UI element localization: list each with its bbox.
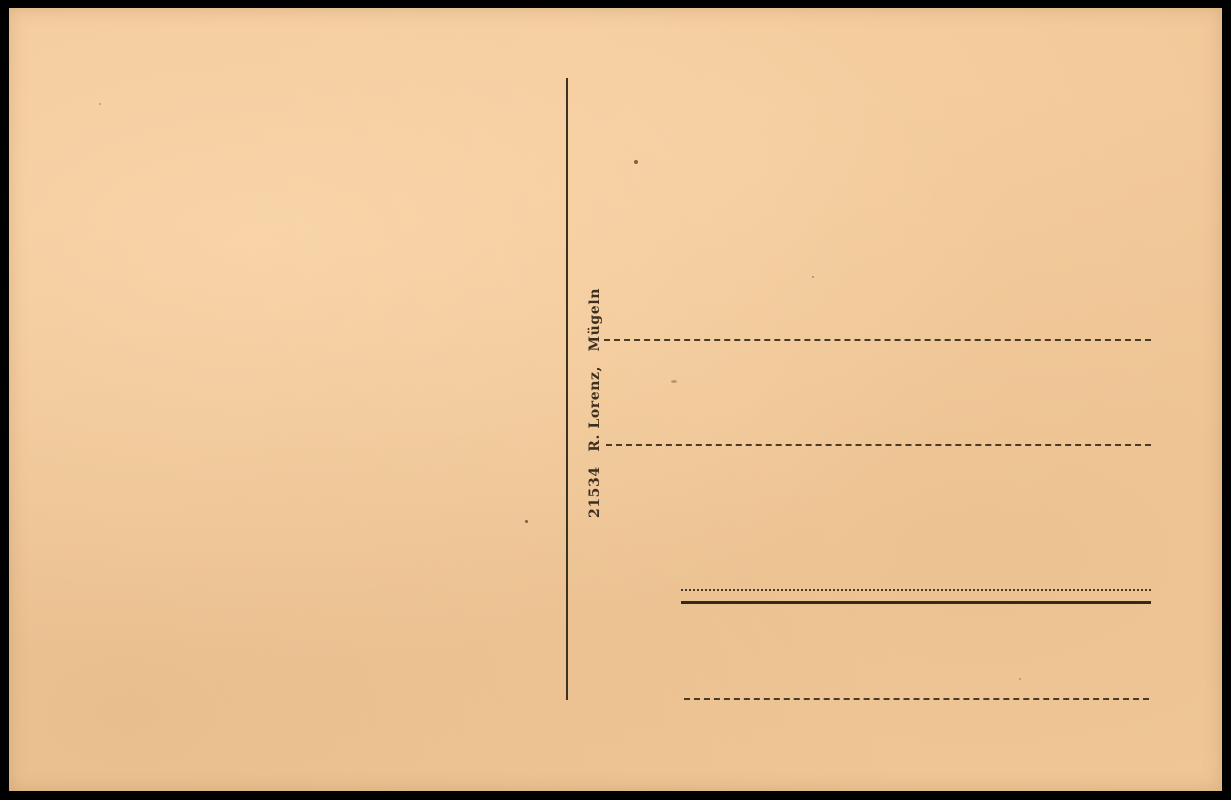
paper-speck [812,276,814,278]
publisher-name: R. Lorenz, [587,366,603,452]
address-line-1 [604,339,1151,341]
paper-speck [99,103,101,105]
address-line-2 [606,444,1151,446]
address-line-4-solid [681,601,1151,604]
postcard-back: 21534 R. Lorenz, Mügeln [9,8,1222,791]
card-number: 21534 [587,466,603,518]
publisher-place: Mügeln [587,288,603,351]
vertical-divider-line [566,78,568,700]
address-line-5 [684,698,1149,700]
paper-speck [1019,678,1021,680]
paper-speck [634,160,638,164]
publisher-imprint: 21534 R. Lorenz, Mügeln [587,279,603,518]
address-line-3-dotted [681,589,1151,591]
paper-speck [671,380,677,383]
paper-speck [525,520,528,523]
